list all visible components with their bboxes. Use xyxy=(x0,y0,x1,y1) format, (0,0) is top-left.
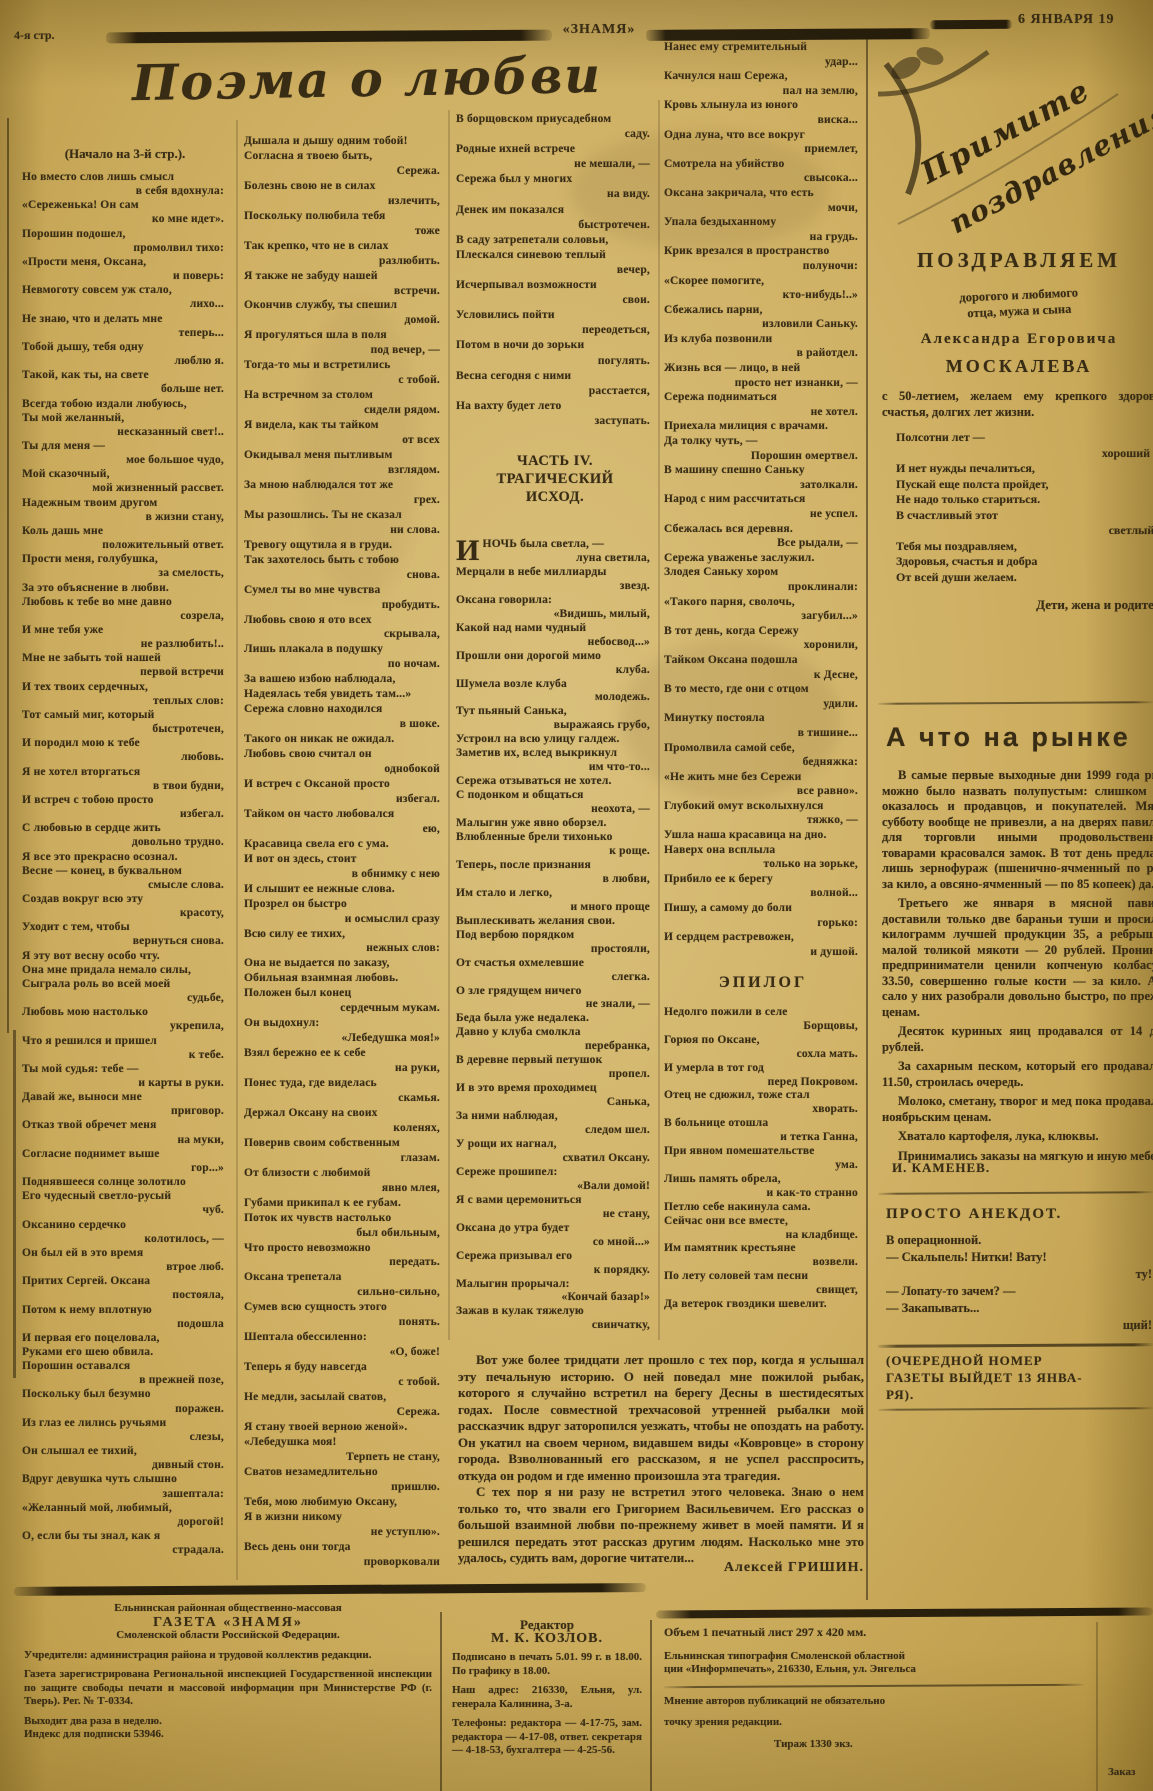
text-line: чуб. xyxy=(22,1203,228,1217)
address-line: Наш адрес: 216330, Ельня, ул. генерала К… xyxy=(452,1684,642,1711)
text-line: Любовь свою я ото всех xyxy=(244,613,444,628)
text-line: тяжко, — xyxy=(664,813,862,828)
text-line: Руками его шею обвила. xyxy=(22,1345,228,1359)
text-line: красоту, xyxy=(22,906,228,920)
text-line: полуночи: xyxy=(664,259,862,274)
text-line: глазам. xyxy=(244,1151,444,1166)
honoree-first-name: Александра Егоровича xyxy=(882,331,1153,348)
text-line: молодежь. xyxy=(456,691,654,705)
text-line: Уходит с тем, чтобы xyxy=(22,920,228,934)
market-paragraph: За сахарным песком, который его продавал… xyxy=(882,1059,1153,1090)
text-line: Она мне придала немало силы, xyxy=(22,963,228,977)
congrats-signature: Дети, жена и родители. xyxy=(882,597,1153,613)
text-line: Тревогу ощутила я в груди. xyxy=(244,538,444,553)
text-line: Влюбленные брели тихонько xyxy=(456,831,654,845)
text-line: Я в жизни никому xyxy=(244,1510,444,1525)
text-line: Тут пьяный Санька, xyxy=(456,705,654,719)
text-line: с тобой. xyxy=(244,373,444,388)
text-line: Невмоготу совсем уж стало, xyxy=(22,283,228,297)
text-line: не хотел. xyxy=(664,405,862,420)
market-body: В самые первые выходные дни 1999 года ры… xyxy=(882,768,1153,1168)
text-line: О, если бы ты знал, как я xyxy=(22,1529,228,1543)
text-line: мочи, xyxy=(664,201,862,216)
text-line: загубил...» xyxy=(664,609,862,624)
text-line: не успел. xyxy=(664,507,862,522)
text-line: созрела, xyxy=(22,609,228,623)
text-line: снова. xyxy=(244,568,444,583)
text-line: Понес туда, где виделась xyxy=(244,1076,444,1091)
poem-column-3-top: В борщовском приусадебномсаду.Родные ихн… xyxy=(456,112,654,429)
next-issue-line: (ОЧЕРЕДНОЙ НОМЕР xyxy=(886,1352,1153,1369)
text-line: щий! xyxy=(886,1317,1153,1334)
text-line: Крик врезался в пространство xyxy=(664,244,862,259)
text-line: «Такого парня, сволочь, xyxy=(664,595,862,610)
text-line: разлюбить. xyxy=(244,254,444,269)
text-line: не знали, — xyxy=(456,998,654,1012)
text-line: пал на землю, xyxy=(664,84,862,99)
text-line: Весне — конец, в буквальном xyxy=(22,864,228,878)
text-line: Шумела возле клуба xyxy=(456,678,654,692)
text-line: Жизнь вся — лицо, в ней xyxy=(664,361,862,376)
text-line: Что просто невозможно xyxy=(244,1241,444,1256)
text-line: переодеться, xyxy=(456,323,654,338)
text-line: Ты мой желанный, xyxy=(22,411,228,425)
imprint-left: Ельнинская районная общественно-массовая… xyxy=(24,1602,432,1742)
text-line: «Кончай базар!» xyxy=(456,1291,654,1305)
text-line: выражаясь грубо, xyxy=(456,719,654,733)
congrats-section: ПОЗДРАВЛЯЕМ дорогого и любимого отца, му… xyxy=(882,248,1153,613)
text-line: все равно». xyxy=(664,784,862,799)
text-line: И слышит ее нежные слова. xyxy=(244,882,444,897)
anecdote-body: В операционной.— Скальпель! Нитки! Вату!… xyxy=(886,1232,1153,1334)
text-line: Качнулся наш Сережа, xyxy=(664,69,862,84)
text-line: Такого он никак не ожидал. xyxy=(244,732,444,747)
text-line: Все рыдали, — xyxy=(664,536,862,551)
text-line: Родные ихней встрече xyxy=(456,142,654,157)
text-line: сохла мать. xyxy=(664,1048,862,1062)
text-line: Условились пойти xyxy=(456,308,654,323)
column-rule xyxy=(13,1030,16,1378)
masthead-rule-left xyxy=(106,30,552,44)
text-line: в шоке. xyxy=(244,717,444,732)
text-line: Тайком Оксана подошла xyxy=(664,653,862,668)
text-line: От всей души желаем. xyxy=(896,570,1153,586)
text-line: Я также не забуду нашей xyxy=(244,269,444,284)
issue-date: 6 ЯНВАРЯ 19 xyxy=(1018,12,1153,28)
text-line: Прозрел он быстро xyxy=(244,897,444,912)
text-line: Я с вами церемониться xyxy=(456,1194,654,1208)
text-line: и много проще xyxy=(456,901,654,915)
text-line: и поверь: xyxy=(22,269,228,283)
text-line: удили. xyxy=(664,697,862,712)
text-line: пробудить. xyxy=(244,598,444,613)
text-line: НОЧЬ была светла, — xyxy=(483,538,654,552)
text-line: Ты для меня — xyxy=(22,439,228,453)
text-line: понять. xyxy=(244,1315,444,1330)
article-title: Поэма о любви xyxy=(132,46,603,112)
text-line: Всегда тобою издали любуюсь, xyxy=(22,397,228,411)
text-line: передать. xyxy=(244,1255,444,1270)
text-line: Малыгин уже явно оборзел. xyxy=(456,817,654,831)
text-line: к порядку. xyxy=(456,1264,654,1278)
text-line: укрепила, xyxy=(22,1019,228,1033)
text-line: Создав вокруг всю эту xyxy=(22,892,228,906)
text-line: Так крепко, что не в силах xyxy=(244,239,444,254)
text-line: Упала бездыханному xyxy=(664,215,862,230)
text-line: Болезнь свою не в силах xyxy=(244,179,444,194)
text-line: Держал Оксану на своих xyxy=(244,1106,444,1121)
text-line: Сватов незамедлительно xyxy=(244,1465,444,1480)
text-line: на грудь. xyxy=(664,230,862,245)
text-line: по ночам. xyxy=(244,657,444,672)
column-rule xyxy=(236,120,238,1580)
text-line: не стану, xyxy=(456,1208,654,1222)
text-line: на кладбище. xyxy=(664,1229,862,1243)
text-line: На вахту будет лето xyxy=(456,399,654,414)
text-line: Полсотни лет — xyxy=(896,430,1153,446)
text-line: следом шел. xyxy=(456,1124,654,1138)
text-line: нежных слов: xyxy=(244,941,444,956)
text-line: В больнице отошла xyxy=(664,1117,862,1131)
text-line: Злодея Саньку хором xyxy=(664,565,862,580)
text-line: «Вали домой! xyxy=(456,1180,654,1194)
drop-cap: И xyxy=(456,538,483,564)
text-line: Мы разошлись. Ты не сказал xyxy=(244,508,444,523)
text-line: Промолвила самой себе, xyxy=(664,741,862,756)
text-line: на виду. xyxy=(456,187,654,202)
text-line: схватил Оксану. xyxy=(456,1152,654,1166)
text-line: к роще. xyxy=(456,845,654,859)
text-line: Да ветерок гвоздики шевелит. xyxy=(664,1298,862,1312)
text-line: мое большое чудо, xyxy=(22,453,228,467)
market-heading: А что на рынке xyxy=(886,722,1153,753)
text-line: теперь... xyxy=(22,326,228,340)
text-line: В то место, где они с отцом xyxy=(664,682,862,697)
text-line: Губами прикипал к ее губам. xyxy=(244,1196,444,1211)
text-line: и карты в руки. xyxy=(22,1076,228,1090)
text-line: — Лопату-то зачем? — xyxy=(886,1283,1153,1300)
editor-label: Редактор xyxy=(452,1618,642,1632)
text-line: свинчатку, xyxy=(456,1319,654,1333)
section-divider xyxy=(878,701,1153,705)
text-line: постояла, xyxy=(22,1288,228,1302)
text-line: скамья. xyxy=(244,1091,444,1106)
market-paragraph: В самые первые выходные дни 1999 года ры… xyxy=(882,768,1153,892)
text-line: Беда была уже недалека. xyxy=(456,1012,654,1026)
text-line: довольно трудно. xyxy=(22,835,228,849)
opinion-line: Мнение авторов публикаций не обязательно xyxy=(664,1695,1153,1709)
text-line: Тот самый миг, который xyxy=(22,708,228,722)
congrats-verse: Полсотни лет —хороший срок!И нет нужды п… xyxy=(882,430,1153,585)
text-line: Сбежались парни, xyxy=(664,303,862,318)
text-line: приговор. xyxy=(22,1104,228,1118)
text-line: Порошин оставался xyxy=(22,1359,228,1373)
text-line: «Желанный мой, любимый, xyxy=(22,1501,228,1515)
market-author: И. КАМЕНЕВ. xyxy=(892,1160,990,1176)
text-line: был обильным, xyxy=(244,1226,444,1241)
text-line: колотилось, — xyxy=(22,1232,228,1246)
text-line: ко мне идет». xyxy=(22,212,228,226)
text-line: тоже xyxy=(244,224,444,239)
text-line: Сережа призывал его xyxy=(456,1250,654,1264)
text-line: Ушла наша красавица на дно. xyxy=(664,828,862,843)
market-paragraph: Десяток куриных яиц продавался от 14 до … xyxy=(882,1024,1153,1055)
imprint-line: Ельнинская районная общественно-массовая xyxy=(24,1602,432,1616)
text-line: саду. xyxy=(456,127,654,142)
text-line: Я не хотел вторгаться xyxy=(22,765,228,779)
column-rule xyxy=(7,118,9,1033)
text-line: в прежней позе, xyxy=(22,1373,228,1387)
text-line: Горюя по Оксане, xyxy=(664,1034,862,1048)
part4-heading-line: ЧАСТЬ IV. xyxy=(456,452,654,470)
text-line: Положен был конец xyxy=(244,986,444,1001)
text-line: Наверх она всплыла xyxy=(664,843,862,858)
next-issue-line: РЯ). xyxy=(886,1386,1153,1403)
text-line: Недолго пожили в селе xyxy=(664,1006,862,1020)
text-line: промолвил тихо: xyxy=(22,241,228,255)
text-line: Выплескивать желания свои. xyxy=(456,915,654,929)
text-line: — Скальпель! Нитки! Вату! xyxy=(886,1249,1153,1266)
section-divider xyxy=(878,1407,1153,1411)
text-line: луна светила, xyxy=(483,552,654,566)
text-line: Заметив их, вслед выкрикнул xyxy=(456,747,654,761)
epilogue-heading: ЭПИЛОГ xyxy=(664,974,862,992)
text-line: Кровь хлынула из юного xyxy=(664,98,862,113)
text-line: взглядом. xyxy=(244,463,444,478)
text-line: со мной...» xyxy=(456,1236,654,1250)
text-line: Обильная взаимная любовь. xyxy=(244,971,444,986)
text-line: просто нет изнанки, — xyxy=(664,376,862,391)
text-line: Им памятник крестьяне xyxy=(664,1242,862,1256)
text-line: в тишине... xyxy=(664,726,862,741)
text-line: И тех твоих сердечных, xyxy=(22,680,228,694)
text-line: «Лебедушка моя! xyxy=(244,1435,444,1450)
text-line: За это объяснение в любви. xyxy=(22,581,228,595)
text-line: Борщовы, xyxy=(664,1020,862,1034)
section-divider xyxy=(878,1343,1153,1348)
anecdote-heading: ПРОСТО АНЕКДОТ. xyxy=(886,1206,1153,1223)
opinion-line2: точку зрения редакции. xyxy=(664,1716,1153,1730)
text-line: Сережа словно находился xyxy=(244,702,444,717)
text-line: Я все это прекрасно осознал. xyxy=(22,850,228,864)
text-line: клуба. xyxy=(456,664,654,678)
text-line: Надеялась тебя увидеть там...» xyxy=(244,687,444,702)
text-line: Любовь свою считал он xyxy=(244,747,444,762)
text-line: небосвод...» xyxy=(456,636,654,650)
text-line: избегал. xyxy=(22,807,228,821)
poem-column-3-lines: луна светила,Мерцали в небе миллиардызве… xyxy=(456,552,654,1333)
part4-heading-line: ТРАГИЧЕСКИЙ xyxy=(456,470,654,488)
text-line: Что я решился и пришел xyxy=(22,1034,228,1048)
text-line: втрое люб. xyxy=(22,1260,228,1274)
text-line: несказанный свет!.. xyxy=(22,425,228,439)
text-line: Сережа. xyxy=(244,1405,444,1420)
text-line: Из глаз ее лились ручьями xyxy=(22,1416,228,1430)
text-line: Поднявшееся солнце золотило xyxy=(22,1175,228,1189)
text-line: Здоровья, счастья и добра xyxy=(896,554,1153,570)
text-line: теплых слов: xyxy=(22,694,228,708)
text-line: и как-то странно xyxy=(664,1187,862,1201)
closing-prose: Вот уже более тридцати лет прошло с тех … xyxy=(458,1352,864,1567)
text-line: Мерцали в небе миллиарды xyxy=(456,566,654,580)
text-line: излечить, xyxy=(244,194,444,209)
text-line: Сережа был у многих xyxy=(456,172,654,187)
text-line: Поверив своим собственным xyxy=(244,1136,444,1151)
text-line: Теперь, после признания xyxy=(456,859,654,873)
text-line: Из клуба позвонили xyxy=(664,332,862,347)
text-line: вернуться снова. xyxy=(22,934,228,948)
congrats-lead: с 50-летием, желаем ему крепкого здоровь… xyxy=(882,389,1153,420)
text-line: «Видишь, милый, xyxy=(456,608,654,622)
text-line: Тайком он часто любовался xyxy=(244,807,444,822)
text-line: Оксана до утра будет xyxy=(456,1222,654,1236)
text-line: «Не жить мне без Сережи xyxy=(664,770,862,785)
text-line: сидели рядом. xyxy=(244,403,444,418)
text-line: Поскольку полюбила тебя xyxy=(244,209,444,224)
section-divider xyxy=(878,1191,1153,1195)
text-line: скрывала, xyxy=(244,627,444,642)
text-line: Его чудесный светло-русый xyxy=(22,1189,228,1203)
text-line: быстротечен. xyxy=(456,218,654,233)
text-line: Терпеть не стану, xyxy=(244,1450,444,1465)
text-line: Весна сегодня с ними xyxy=(456,369,654,384)
newspaper-name: ГАЗЕТА «ЗНАМЯ» xyxy=(24,1616,432,1630)
text-line: Исчерпывал возможности xyxy=(456,278,654,293)
text-line: На встречном за столом xyxy=(244,388,444,403)
frequency-line: Выходит два раза в неделю. xyxy=(24,1715,432,1729)
text-line: виска... xyxy=(664,113,862,128)
text-line: хороший срок! xyxy=(896,446,1153,462)
text-line: ту! xyxy=(886,1266,1153,1283)
text-line: возвели. xyxy=(664,1256,862,1270)
text-line: избегал. xyxy=(244,792,444,807)
text-line: «Лебедушка моя!» xyxy=(244,1031,444,1046)
text-line: И встреч с Оксаной просто xyxy=(244,777,444,792)
text-line: проклинали: xyxy=(664,580,862,595)
text-line: в себя вдохнула: xyxy=(22,184,228,198)
text-line: Тебя мы поздравляем, xyxy=(896,539,1153,555)
text-line: проворковали xyxy=(244,1555,444,1570)
text-line: хоронили, xyxy=(664,638,862,653)
text-line: Любовь к тебе во мне давно xyxy=(22,595,228,609)
poem-column-1: Но вместо слов лишь смыслв себя вдохнула… xyxy=(22,170,228,1557)
text-line: Она не выдается по заказу, xyxy=(244,956,444,971)
text-line: Минутку постояла xyxy=(664,711,862,726)
text-line: В саду затрепетали соловьи, xyxy=(456,233,654,248)
footer-divider xyxy=(440,1612,442,1791)
volume-line: Объем 1 печатный лист 297 х 420 мм. xyxy=(664,1626,1153,1640)
text-line: Весь день они тогда xyxy=(244,1540,444,1555)
text-line: лихо... xyxy=(22,297,228,311)
text-line: И нет нужды печалиться, xyxy=(896,461,1153,477)
text-line: От счастья охмелевшие xyxy=(456,957,654,971)
poem-author: Алексей ГРИШИН. xyxy=(458,1560,864,1576)
page-number-label: 4-я стр. xyxy=(14,28,55,43)
text-line: «Сереженька! Он сам xyxy=(22,198,228,212)
text-line: ни слова. xyxy=(244,523,444,538)
text-line: грех. xyxy=(244,493,444,508)
poem-column-3-bottom: И НОЧЬ была светла, — луна светила,Мерца… xyxy=(456,538,654,1333)
text-line: Зажав в кулак тяжелую xyxy=(456,1305,654,1319)
text-line: Я эту вот весну особо чту. xyxy=(22,949,228,963)
text-line: к Десне, xyxy=(664,668,862,683)
text-line: пришлю. xyxy=(244,1480,444,1495)
text-line: Одна луна, что все вокруг xyxy=(664,128,862,143)
text-line: Красавица свела его с ума. xyxy=(244,837,444,852)
signed-to-print-line: Подписано в печать 5.01. 99 г. в 18.00. … xyxy=(452,1651,642,1678)
part4-heading-line: ИСХОД. xyxy=(456,488,654,506)
text-line: свои. xyxy=(456,293,654,308)
text-line: Плескался синевою теплый xyxy=(456,248,654,263)
text-line: от всех xyxy=(244,433,444,448)
honoree-last-name: МОСКАЛЕВА xyxy=(882,356,1153,377)
text-line: удар... xyxy=(664,55,862,70)
text-line: Не знаю, что и делать мне xyxy=(22,312,228,326)
editor-name: М. К. КОЗЛОВ. xyxy=(452,1632,642,1646)
imprint-middle: Редактор М. К. КОЗЛОВ. Подписано в печат… xyxy=(452,1618,642,1758)
next-issue-line: ГАЗЕТЫ ВЫЙДЕТ 13 ЯНВА- xyxy=(886,1369,1153,1386)
text-line: Окончив службу, ты спешил xyxy=(244,298,444,313)
text-line: Давай же, выноси мне xyxy=(22,1090,228,1104)
text-line: и тетка Ганна, xyxy=(664,1131,862,1145)
text-line: Лишь плакала в подушку xyxy=(244,642,444,657)
text-line: В счастливый этот xyxy=(896,508,1153,524)
text-line: Притих Сергей. Оксана xyxy=(22,1274,228,1288)
text-line: под вечер, — xyxy=(244,343,444,358)
text-line: звезд. xyxy=(456,580,654,594)
text-line: Устроил на всю улицу галдеж. xyxy=(456,733,654,747)
text-line: За ними наблюдая, xyxy=(456,1110,654,1124)
text-line: Лишь память обрела, xyxy=(664,1173,862,1187)
imprint-right: Объем 1 печатный лист 297 х 420 мм. Ельн… xyxy=(664,1626,1153,1751)
text-line: изловили Саньку. xyxy=(664,317,862,332)
text-line: При явном помешательстве xyxy=(664,1145,862,1159)
text-line: пропел. xyxy=(456,1068,654,1082)
founders-line: Учредители: администрация района и трудо… xyxy=(24,1649,432,1663)
text-line: быстротечен, xyxy=(22,722,228,736)
text-line: О зле грядущем ничего xyxy=(456,985,654,999)
text-line: судьбе, xyxy=(22,991,228,1005)
footer-divider xyxy=(650,1620,652,1791)
text-line: Под вербою порядком xyxy=(456,929,654,943)
footer-rule-right xyxy=(656,1607,1153,1618)
text-line: явно млея, xyxy=(244,1181,444,1196)
text-line: Сережа. xyxy=(244,164,444,179)
text-line: не разлюбить!.. xyxy=(22,637,228,651)
text-line: В тот день, когда Сережу xyxy=(664,624,862,639)
text-line: вечер, xyxy=(456,263,654,278)
text-line: неохота, — xyxy=(456,803,654,817)
text-line: встречи. xyxy=(244,284,444,299)
text-line: дивный стон. xyxy=(22,1458,228,1472)
masthead-title: «ЗНАМЯ» xyxy=(554,22,644,38)
text-line: Сбежалась вся деревня. xyxy=(664,522,862,537)
text-line: и осмыслил сразу xyxy=(244,912,444,927)
text-line: У рощи их нагнал, xyxy=(456,1138,654,1152)
text-line: Оксана трепетала xyxy=(244,1270,444,1285)
text-line: Глубокий омут всколыхнулся xyxy=(664,799,862,814)
text-line: перед Покровом. xyxy=(664,1076,862,1090)
text-line: Он был ей в это время xyxy=(22,1246,228,1260)
text-line: Я стану твоей верною женой». xyxy=(244,1420,444,1435)
text-line: поражен. xyxy=(22,1402,228,1416)
text-line: И первая его поцеловала, xyxy=(22,1331,228,1345)
text-line: страдала. xyxy=(22,1543,228,1557)
text-line: — Закапывать... xyxy=(886,1300,1153,1317)
text-line: Окидывал меня пытливым xyxy=(244,448,444,463)
text-line: в райотдел. xyxy=(664,346,862,361)
text-line: на руки, xyxy=(244,1061,444,1076)
